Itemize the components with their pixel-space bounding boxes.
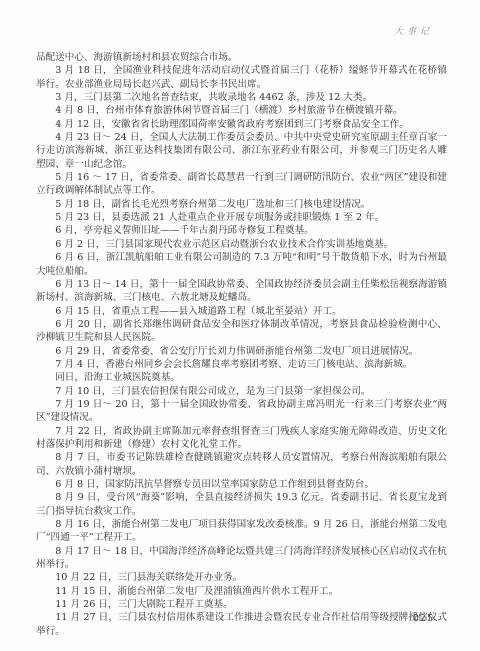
event-paragraph: 6 月 6 日，浙江凯航船舶工业有限公司制造的 7.3 万吨“和明”号干散货船下… [36, 251, 447, 278]
event-paragraph: 5 月 16 ～ 17 日，省委常委、副省长葛慧君一行到三门调研防汛防台、农业“… [36, 171, 447, 198]
event-paragraph: 4 月 8 日，台州市体育旅游休闲节暨首届三门（横渡）乡村旅游节在横渡镇开幕。 [36, 104, 447, 117]
event-paragraph: 6 月 2 日，三门县国家现代农业示范区启动暨浙台农业技术合作实训基地奠基。 [36, 238, 447, 251]
running-head: 大事记 [394, 24, 433, 37]
event-paragraph: 3 月，三门县第二次地名普查结束，共收录地名 4462 条，涉及 12 大类。 [36, 91, 447, 104]
event-paragraph: 8 月 7 日，市委书记陈铁雄检查健跳镇避灾点转移人员安置情况，考察台州海滨船舶… [36, 451, 447, 478]
event-paragraph: 6 月 29 日，省委常委、省公安厅厅长刘力伟调研浙能台州第二发电厂项目进展情况… [36, 345, 447, 358]
event-paragraph: 4 月 23 日～ 24 日，全国人大法制工作委员会委员、中共中央党史研究室原副… [36, 131, 447, 171]
event-paragraph: 4 月 12 日，安徽省省长助理邵国荷率安徽省政府考察团到三门考察食品安全工作。 [36, 118, 447, 131]
event-paragraph: 7 月 22 日，省政协副主席陈加元率督查组督查三门残疾人家庭实施无障碍改造、历… [36, 425, 447, 452]
event-paragraph: 6 月 8 日，国家防汛抗旱督察专员田以堂率国家防总工作组到县督查防台。 [36, 478, 447, 491]
event-paragraph: 品配送中心、海游镇新场村和县农贸综合市场。 [36, 51, 447, 64]
event-paragraph: 7 月 10 日，三门县农信担保有限公司成立，是为三门县第一家担保公司。 [36, 385, 447, 398]
event-paragraph: 8 月 16 日，浙能台州第二发电厂项目获得国家发改委核准。9 月 26 日，浙… [36, 518, 447, 545]
document-page: 大事记 品配送中心、海游镇新场村和县农贸综合市场。 3 月 18 日，全国渔业科… [0, 0, 480, 651]
event-paragraph: 11 月 26 日，三门大剧院工程开工奠基。 [36, 598, 447, 611]
event-paragraph: 10 月 22 日，三门县海关联络处开办业务。 [36, 571, 447, 584]
chronicle-text-block: 品配送中心、海游镇新场村和县农贸综合市场。 3 月 18 日，全国渔业科技促进年… [36, 51, 447, 638]
event-paragraph: 6 月 20 日，副省长郑继伟调研食品安全和医疗体制改革情况，考察县食品检验检测… [36, 318, 447, 345]
event-paragraph: 11 月 15 日，浙能台州第二发电厂及浬浦镇渔西片供水工程开工。 [36, 585, 447, 598]
page-number: 025 [413, 613, 434, 624]
event-paragraph: 6 月 15 日，省重点工程——县入城道路工程（城北至晏站）开工。 [36, 305, 447, 318]
event-paragraph: 7 月 19 日～ 20 日，第十一届全国政协常委、省政协副主席冯明光一行来三门… [36, 398, 447, 425]
event-paragraph: 3 月 18 日，全国渔业科技促进年活动启动仪式暨首届三门（花桥）缢蛏节开幕式在… [36, 64, 447, 91]
event-paragraph: 7 月 4 日，香港台州同乡会会长詹耀良率考察团考察、走访三门核电站、滨海新城。 [36, 358, 447, 371]
event-paragraph: 11 月 27 日，三门县农村信用体系建设工作推进会暨农民专业合作社信用等级授牌… [36, 611, 447, 638]
event-paragraph: 同日，沿海工业城医院奠基。 [36, 371, 447, 384]
event-paragraph: 6 月 13 日～ 14 日，第十一届全国政协常委、全国政协经济委员会副主任柴松… [36, 278, 447, 305]
event-paragraph: 6 月，亭旁起义誓师旧址——千年古刹丹邱寺修复工程奠基。 [36, 224, 447, 237]
event-paragraph: 5 月 18 日，副省长毛光烈考察台州第二发电厂选址和三门核电建设情况。 [36, 198, 447, 211]
event-paragraph: 5 月 23 日，县委选派 21 人赴重点企业开展专项服务或挂职锻炼 1 至 2… [36, 211, 447, 224]
event-paragraph: 8 月 17 日～ 18 日，中国海洋经济高峰论坛暨共建三门湾海洋经济发展核心区… [36, 545, 447, 572]
event-paragraph: 8 月 9 日，受台风“海葵”影响，全县直接经济损失 19.3 亿元。省委副书记… [36, 491, 447, 518]
